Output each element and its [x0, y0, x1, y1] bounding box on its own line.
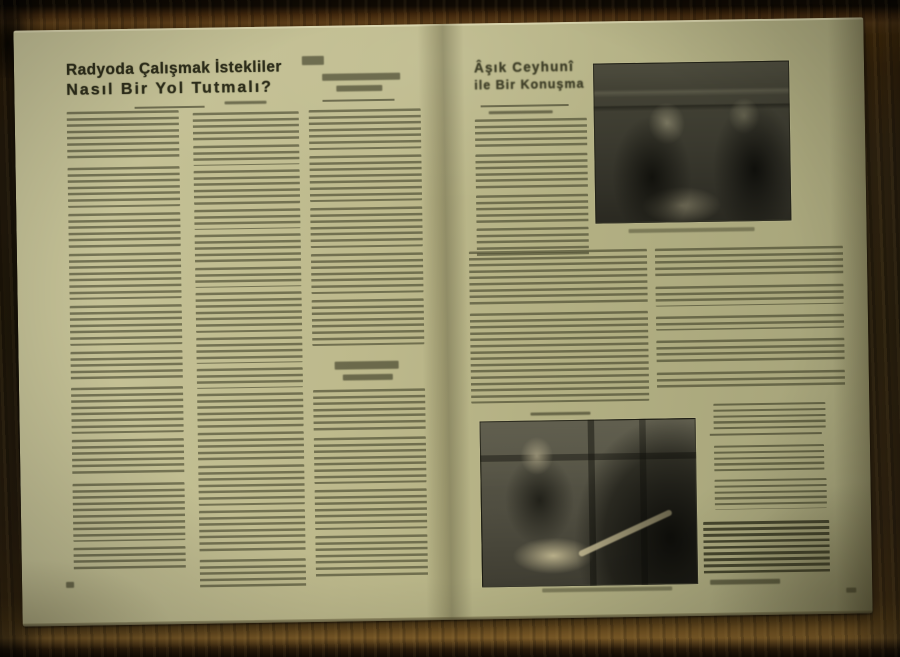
mid-heading-line2 [343, 374, 393, 381]
text-block [194, 208, 300, 230]
text-block [196, 336, 302, 364]
right-wide-column-b [655, 246, 845, 389]
left-column-2 [193, 100, 307, 590]
text-block [196, 291, 303, 333]
text-block [198, 431, 304, 461]
text-block [469, 249, 648, 306]
left-title-line2: Nasıl Bir Yol Tutmalı? [66, 77, 282, 100]
text-block [72, 482, 185, 542]
text-block [311, 252, 424, 294]
text-block [70, 350, 182, 382]
left-column-1 [67, 110, 186, 572]
left-column-3-upper [309, 108, 425, 346]
open-magazine: Radyoda Çalışmak İstekliler Nasıl Bir Yo… [13, 17, 872, 626]
right-narrow-column [475, 118, 589, 259]
left-column-3-lower [313, 388, 428, 578]
text-block [314, 436, 427, 484]
text-block [310, 206, 423, 248]
text-block [193, 111, 299, 141]
text-block [655, 284, 843, 307]
text-block [68, 166, 181, 208]
text-block [309, 108, 422, 150]
text-block [67, 110, 180, 162]
mini-heading-rule [322, 99, 394, 102]
bottom-right-shadow [609, 403, 872, 617]
mini-heading-line2 [336, 85, 382, 92]
right-wide-column-a [469, 249, 650, 417]
bottom-left-shadow [21, 533, 242, 626]
text-block [197, 367, 303, 389]
text-block [197, 392, 304, 428]
text-block [475, 118, 587, 150]
text-block [656, 338, 844, 363]
text-block [313, 388, 426, 432]
text-block [71, 386, 184, 434]
text-block [315, 488, 428, 530]
small-masthead-smudge [302, 56, 324, 65]
text-block [193, 144, 299, 166]
text-block [315, 534, 428, 578]
right-byline-smudge [489, 110, 553, 114]
text-block [198, 464, 305, 506]
text-block [470, 311, 649, 404]
text-block [656, 314, 844, 331]
left-article-title: Radyoda Çalışmak İstekliler Nasıl Bir Yo… [66, 59, 282, 101]
mid-heading-line1 [335, 361, 399, 370]
photograph-of-open-magazine: Radyoda Çalışmak İstekliler Nasıl Bir Yo… [0, 0, 900, 657]
right-title-rule [481, 104, 569, 107]
text-block [70, 304, 183, 346]
text-block [194, 169, 301, 205]
photo-top-caption [629, 227, 755, 232]
text-block [475, 153, 588, 191]
text-block [309, 154, 422, 202]
text-block [69, 252, 182, 300]
text-block [195, 233, 301, 263]
byline-smudge [225, 101, 267, 105]
section-end-dash [530, 412, 590, 416]
center-fold-shadow [417, 24, 472, 621]
text-block [312, 298, 425, 346]
text-block [195, 266, 301, 288]
text-block [72, 438, 185, 478]
right-article-title: Âşık Ceyhunî ile Bir Konuşma [474, 58, 585, 95]
photo-two-men-conversation [593, 61, 791, 224]
right-title-line2: ile Bir Konuşma [474, 76, 584, 95]
right-title-line1: Âşık Ceyhunî [474, 58, 584, 78]
text-block [68, 212, 181, 248]
text-block [657, 370, 845, 389]
mini-heading-line1 [322, 73, 400, 81]
text-block [476, 194, 588, 224]
text-block [655, 246, 843, 277]
